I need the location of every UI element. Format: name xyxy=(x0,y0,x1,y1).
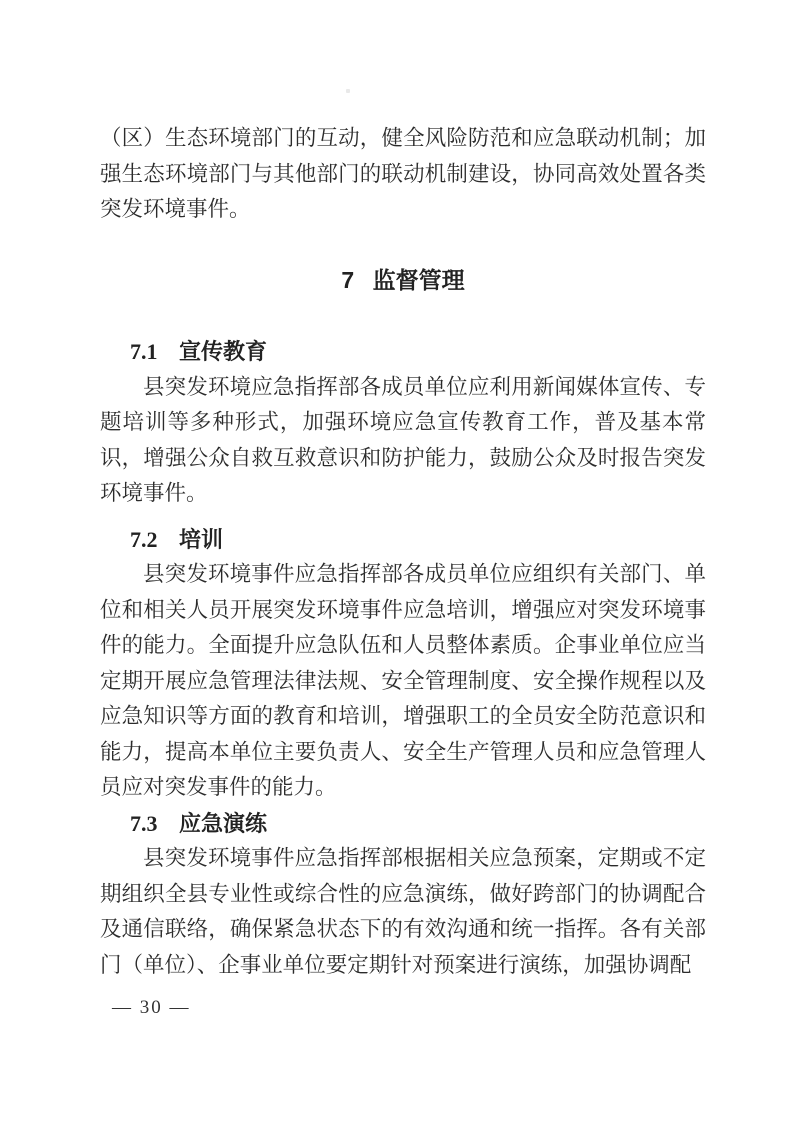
chapter-heading: 7 监督管理 xyxy=(100,263,706,299)
page-content: （区）生态环境部门的互动，健全风险防范和应急联动机制；加强生态环境部门与其他部门… xyxy=(100,121,706,983)
section-title: 培训 xyxy=(179,527,223,552)
section-title: 宣传教育 xyxy=(179,339,267,364)
chapter-title: 监督管理 xyxy=(373,267,465,293)
document-page: （区）生态环境部门的互动，健全风险防范和应急联动机制；加强生态环境部门与其他部门… xyxy=(0,0,793,1122)
section-title: 应急演练 xyxy=(179,811,267,836)
section-number: 7.2 xyxy=(130,527,158,552)
page-number: — 30 — xyxy=(112,997,191,1019)
section-paragraph: 县突发环境应急指挥部各成员单位应利用新闻媒体宣传、专题培训等多种形式，加强环境应… xyxy=(100,370,706,512)
section-heading-7-2: 7.2 培训 xyxy=(100,522,706,558)
section-number: 7.3 xyxy=(130,811,158,836)
section-paragraph: 县突发环境事件应急指挥部根据相关应急预案，定期或不定期组织全县专业性或综合性的应… xyxy=(100,841,706,983)
section-7-2: 7.2 培训 县突发环境事件应急指挥部各成员单位应组织有关部门、单位和相关人员开… xyxy=(100,522,706,806)
section-number: 7.1 xyxy=(130,339,158,364)
intro-paragraph: （区）生态环境部门的互动，健全风险防范和应急联动机制；加强生态环境部门与其他部门… xyxy=(100,121,706,228)
section-paragraph: 县突发环境事件应急指挥部各成员单位应组织有关部门、单位和相关人员开展突发环境事件… xyxy=(100,557,706,806)
section-7-1: 7.1 宣传教育 县突发环境应急指挥部各成员单位应利用新闻媒体宣传、专题培训等多… xyxy=(100,334,706,512)
scan-speck xyxy=(346,89,350,93)
section-heading-7-3: 7.3 应急演练 xyxy=(100,806,706,842)
chapter-number: 7 xyxy=(341,267,354,293)
section-heading-7-1: 7.1 宣传教育 xyxy=(100,334,706,370)
section-7-3: 7.3 应急演练 县突发环境事件应急指挥部根据相关应急预案，定期或不定期组织全县… xyxy=(100,806,706,984)
